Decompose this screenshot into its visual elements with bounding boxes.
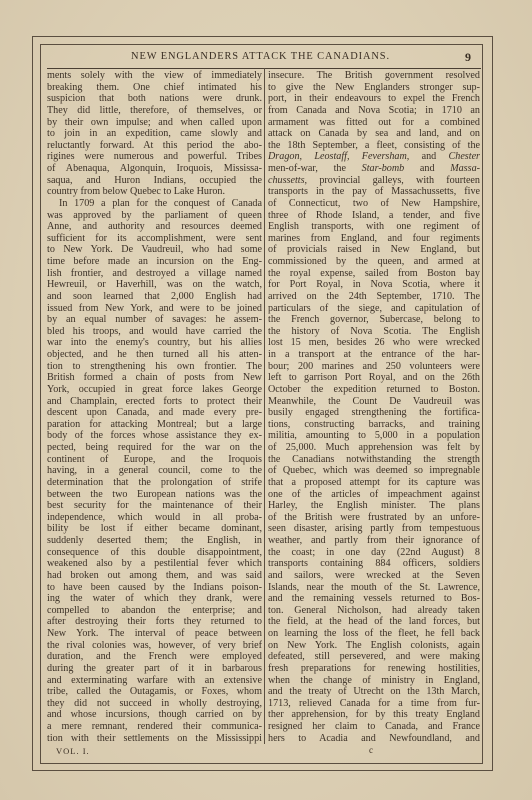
text-line: attack on Canada by sea and land, and on	[268, 128, 480, 140]
text-line: lost 15 men, besides 26 who were wrecked	[268, 337, 480, 349]
column-divider-rule	[264, 68, 265, 744]
right-text-column: insecure. The British government resolve…	[268, 70, 480, 744]
text-line: and Champlain, erected forts to protect …	[47, 396, 262, 408]
text-line: suddenly deserted them; the English, in	[47, 535, 262, 547]
text-line: by an equal number of savages: he assem-	[47, 314, 262, 326]
text-line: Hewreuil, or Haverhill, was on the watch…	[47, 279, 262, 291]
text-line: time before made an incursion on the Eng…	[47, 256, 262, 268]
text-line: Islands, near the mouth of the St. Lawre…	[268, 582, 480, 594]
text-line: ton. General Nicholson, had already take…	[268, 605, 480, 617]
text-line: on learning the loss of the fleet, he fe…	[268, 628, 480, 640]
text-line: marines from England, and four regiments	[268, 233, 480, 245]
text-line: the coast; in one day (22nd August) 8	[268, 547, 480, 559]
text-line: country from below Quebec to Lake Huron.	[47, 186, 262, 198]
footer-volume-label: VOL. I.	[56, 746, 90, 756]
text-line: bility be lost if either became dominant…	[47, 523, 262, 535]
text-line: chussetts, provincial galleys, with four…	[268, 175, 480, 187]
text-line: and soon learned that 2,000 English had	[47, 291, 262, 303]
text-line: October the expedition returned to Bosto…	[268, 384, 480, 396]
text-line: arrived on the 24th September, 1710. The	[268, 291, 480, 303]
text-line: duration, and the French were employed	[47, 651, 262, 663]
running-head: NEW ENGLANDERS ATTACK THE CANADIANS. 9	[40, 51, 481, 67]
text-line: to have been caused by the Indians poiso…	[47, 582, 262, 594]
text-line: by their own impulse; and when called up…	[47, 117, 262, 129]
text-line: of provicials raised in New England, but	[268, 244, 480, 256]
page-number: 9	[465, 50, 471, 65]
text-line: the 18th September, a fleet, consisting …	[268, 140, 480, 152]
text-line: independence, which would in all proba-	[47, 512, 262, 524]
text-line: men-of-war, the Star-bomb and Massa-	[268, 163, 480, 175]
text-line: best security for the maintenance of the…	[47, 500, 262, 512]
text-line: 1713, relieved Canada for a time from fu…	[268, 698, 480, 710]
text-line: descent upon Canada, and made every pre-	[47, 407, 262, 419]
text-line: continent of Europe, and the Iroquois	[47, 454, 262, 466]
text-line: one of the articles of impeachment again…	[268, 489, 480, 501]
text-line: body of the forces whose assistance they…	[47, 430, 262, 442]
text-line: bour; 200 marines and 250 volunteers wer…	[268, 361, 480, 373]
text-line: paration for attacking Montreal; but a l…	[47, 419, 262, 431]
text-line: and exterminating warfare with an extens…	[47, 675, 262, 687]
text-line: and whose incursions, though carried on …	[47, 709, 262, 721]
text-line: of 25,000. Much apprehension was felt by	[268, 442, 480, 454]
text-line: after destroying their forts they return…	[47, 616, 262, 628]
text-line: suspicion that both nations were drunk.	[47, 93, 262, 105]
text-line: lish frontier, and destroyed a village n…	[47, 268, 262, 280]
text-line: port, in their endeavours to expel the F…	[268, 93, 480, 105]
text-line: the rival colonies was, however, of very…	[47, 640, 262, 652]
text-line: saqua, and Huron Indians, occupied the	[47, 175, 262, 187]
text-line: left to garrison Port Royal, and on the …	[268, 372, 480, 384]
text-line: the field, at the head of the land force…	[268, 616, 480, 628]
text-line: New York. The interval of peace between	[47, 628, 262, 640]
text-line: English transports, with one regiment of	[268, 221, 480, 233]
text-line: tribe, called the Outagamis, or Foxes, w…	[47, 686, 262, 698]
text-line: during the greater part of it in barbaro…	[47, 663, 262, 675]
text-line: breaking them. One chief intimated his	[47, 82, 262, 94]
text-line: In 1709 a plan for the conquest of Canad…	[47, 198, 262, 210]
text-line: three of Rhode Island, a tender, and fiv…	[268, 210, 480, 222]
text-line: sufficient for its accomplishment, were …	[47, 233, 262, 245]
text-line: resigned her claim to Canada, and France	[268, 721, 480, 733]
text-line: of Abenaqua, Algonquin, Iroquois, Missis…	[47, 163, 262, 175]
text-line: objected, and he then turned all his att…	[47, 349, 262, 361]
text-line: was approved by the parliament of queen	[47, 210, 262, 222]
text-line: Anne, and authority and resources deemed	[47, 221, 262, 233]
text-line: of Quebec, which was deemed so impregnab…	[268, 465, 480, 477]
text-line: tions, constructing barracks, and traini…	[268, 419, 480, 431]
text-line: to join in an expedition, came slowly an…	[47, 128, 262, 140]
text-line: that a proposed attempt for its capture …	[268, 477, 480, 489]
text-line: consequence of this double disappointmen…	[47, 547, 262, 559]
text-line: pected, being required for the war on th…	[47, 442, 262, 454]
text-line: tion to strengthening his own frontier. …	[47, 361, 262, 373]
text-line: defeated, still persevered, and were mak…	[268, 651, 480, 663]
text-line: determination that the prolongation of s…	[47, 477, 262, 489]
text-line: and the remaining vessels returned to Bo…	[268, 593, 480, 605]
text-line: particulars of the siege, and capitulati…	[268, 303, 480, 315]
text-line: busily engaged strengthening the fortifi…	[268, 407, 480, 419]
text-line: to give the New Englanders stronger sup-	[268, 82, 480, 94]
text-line: Harley, the English minister. The plans	[268, 500, 480, 512]
text-line: transports in the pay of Massachussetts,…	[268, 186, 480, 198]
text-line: reluctantly forward. At this period the …	[47, 140, 262, 152]
text-line: ing the water of which they drank, were	[47, 593, 262, 605]
text-line: They did little, therefore, of themselve…	[47, 105, 262, 117]
text-line: commissioned by the queen, and armed at	[268, 256, 480, 268]
text-line: the Canadians notwithstanding the streng…	[268, 454, 480, 466]
left-text-column: ments solely with the view of immediatel…	[47, 70, 262, 744]
text-line: having, in a general council, come to th…	[47, 465, 262, 477]
text-line: weakened also by a pestilential fever wh…	[47, 558, 262, 570]
text-line: of Connecticut, two of New Hampshire,	[268, 198, 480, 210]
text-line: the royal expense, sailed from Boston ba…	[268, 268, 480, 280]
text-line: hers to Acadia and Newfoundland, and	[268, 733, 480, 745]
text-line: Meanwhile, the Count De Vaudreuil was	[268, 396, 480, 408]
text-line: of the British were frustrated by an unf…	[268, 512, 480, 524]
text-line: the history of Nova Scotia. The English	[268, 326, 480, 338]
text-line: they did not succeed in wholly destroyin…	[47, 698, 262, 710]
text-line: tion with their settlements on the Missi…	[47, 733, 262, 745]
text-line: Dragon, Leostaff, Feversham, and Chester	[268, 151, 480, 163]
text-line: ments solely with the view of immediatel…	[47, 70, 262, 82]
text-line: when the change of ministry in England,	[268, 675, 480, 687]
text-line: had broken out among them, and was said	[47, 570, 262, 582]
footer-signature-mark: c	[369, 745, 373, 755]
text-line: militia, amounting to 5,000 in a populat…	[268, 430, 480, 442]
text-line: and the treaty of Utrecht on the 13th Ma…	[268, 686, 480, 698]
text-line: compelled to abandon the enterprise; and	[47, 605, 262, 617]
text-line: ther apprehension, for by this treaty En…	[268, 709, 480, 721]
text-line: weather, and partly from their ignorance…	[268, 535, 480, 547]
text-line: transports containing 884 officers, sold…	[268, 558, 480, 570]
text-line: a mere remnant, rendered their communica…	[47, 721, 262, 733]
text-line: York, occupied in great force lakes Geor…	[47, 384, 262, 396]
text-line: rigines were numerous and powerful. Trib…	[47, 151, 262, 163]
text-line: armament was fitted out for a combined	[268, 117, 480, 129]
text-line: insecure. The British government resolve…	[268, 70, 480, 82]
text-line: and sailors, were wrecked at the Seven	[268, 570, 480, 582]
running-title: NEW ENGLANDERS ATTACK THE CANADIANS.	[40, 51, 481, 62]
text-line: for Port Royal, in Nova Scotia, where it	[268, 279, 480, 291]
text-line: British formed a chain of posts from New	[47, 372, 262, 384]
text-line: bled his troops, and would have carried …	[47, 326, 262, 338]
text-line: in a transport at the entrance of the ha…	[268, 349, 480, 361]
text-line: from Canada and Nova Scotia; in 1710 an	[268, 105, 480, 117]
text-line: fresh preparations for renewing hostilit…	[268, 663, 480, 675]
text-line: issued from New York, and were to be joi…	[47, 303, 262, 315]
text-line: war into the enemy's country, but his al…	[47, 337, 262, 349]
text-line: the French governor, Subercase, belong t…	[268, 314, 480, 326]
text-line: on New York. The English colonists, agai…	[268, 640, 480, 652]
text-line: between the two European nations was the	[47, 489, 262, 501]
text-line: to New York. De Vaudreuil, who had some	[47, 244, 262, 256]
text-line: seen disaster, arising partly from tempe…	[268, 523, 480, 535]
